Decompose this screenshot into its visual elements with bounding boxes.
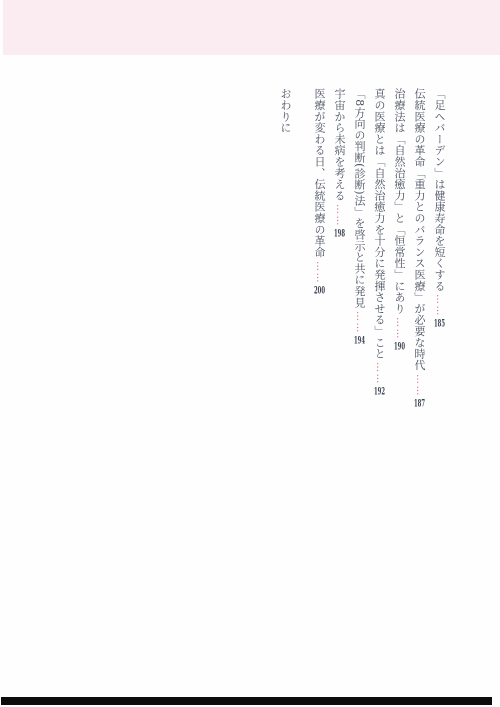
toc-entry: 医療が変わる日、伝統医療の革命……200 <box>309 88 329 410</box>
book-page: { "page": { "kind": "scanned-book-toc-pa… <box>0 0 500 707</box>
toc-entry: 真の医療とは「自然治癒力を十分に発揮させる」こと……192 <box>369 88 389 410</box>
toc-entry: 「8方向の判断(診断)法」を啓示と共に発見……194 <box>349 88 369 410</box>
toc-leader-dots: …… <box>314 261 325 284</box>
toc-leader-dots: …… <box>414 374 425 397</box>
table-of-contents: 「足ヘバーデン」は健康寿命を短くする……185 伝統医療の革命「重力とのバランス… <box>275 88 449 410</box>
toc-leader-dots: …… <box>394 317 405 340</box>
top-pink-band <box>3 0 500 55</box>
toc-entry: 宇宙から未病を考える……198 <box>329 88 349 410</box>
toc-entry-title: 「8方向の判断(診断)法」を啓示と共に発見 <box>353 88 366 308</box>
toc-leader-dots: …… <box>434 294 445 317</box>
toc-leader-dots: …… <box>374 362 385 385</box>
toc-page-number: 200 <box>314 286 325 296</box>
toc-entry-title: 伝統医療の革命「重力とのバランス医療」が必要な時代 <box>413 88 426 371</box>
toc-leader-dots: …… <box>354 311 365 334</box>
toc-entry-title: 「足ヘバーデン」は健康寿命を短くする <box>433 88 446 291</box>
toc-page-number: 194 <box>354 336 365 346</box>
toc-entry-title: 宇宙から未病を考える <box>333 88 346 201</box>
toc-page-number: 192 <box>374 387 385 397</box>
toc-entry-title: 医療が変わる日、伝統医療の革命 <box>313 88 326 258</box>
toc-page-number: 190 <box>394 342 405 352</box>
toc-page-number: 185 <box>434 319 445 329</box>
toc-entry: 「足ヘバーデン」は健康寿命を短くする……185 <box>429 88 449 410</box>
toc-entry: おわりに <box>275 88 295 410</box>
toc-entry-title: おわりに <box>279 88 292 133</box>
toc-entry-title: 真の医療とは「自然治癒力を十分に発揮させる」こと <box>373 88 386 359</box>
toc-leader-dots: …… <box>334 204 345 227</box>
toc-entry: 治療法は「自然治癒力」と「恒常性」にあり……190 <box>389 88 409 410</box>
toc-page-number: 187 <box>414 399 425 409</box>
toc-page-number: 198 <box>334 229 345 239</box>
bottom-black-band <box>1 697 492 705</box>
toc-entry-title: 治療法は「自然治癒力」と「恒常性」にあり <box>393 88 406 314</box>
toc-entry: 伝統医療の革命「重力とのバランス医療」が必要な時代……187 <box>409 88 429 410</box>
